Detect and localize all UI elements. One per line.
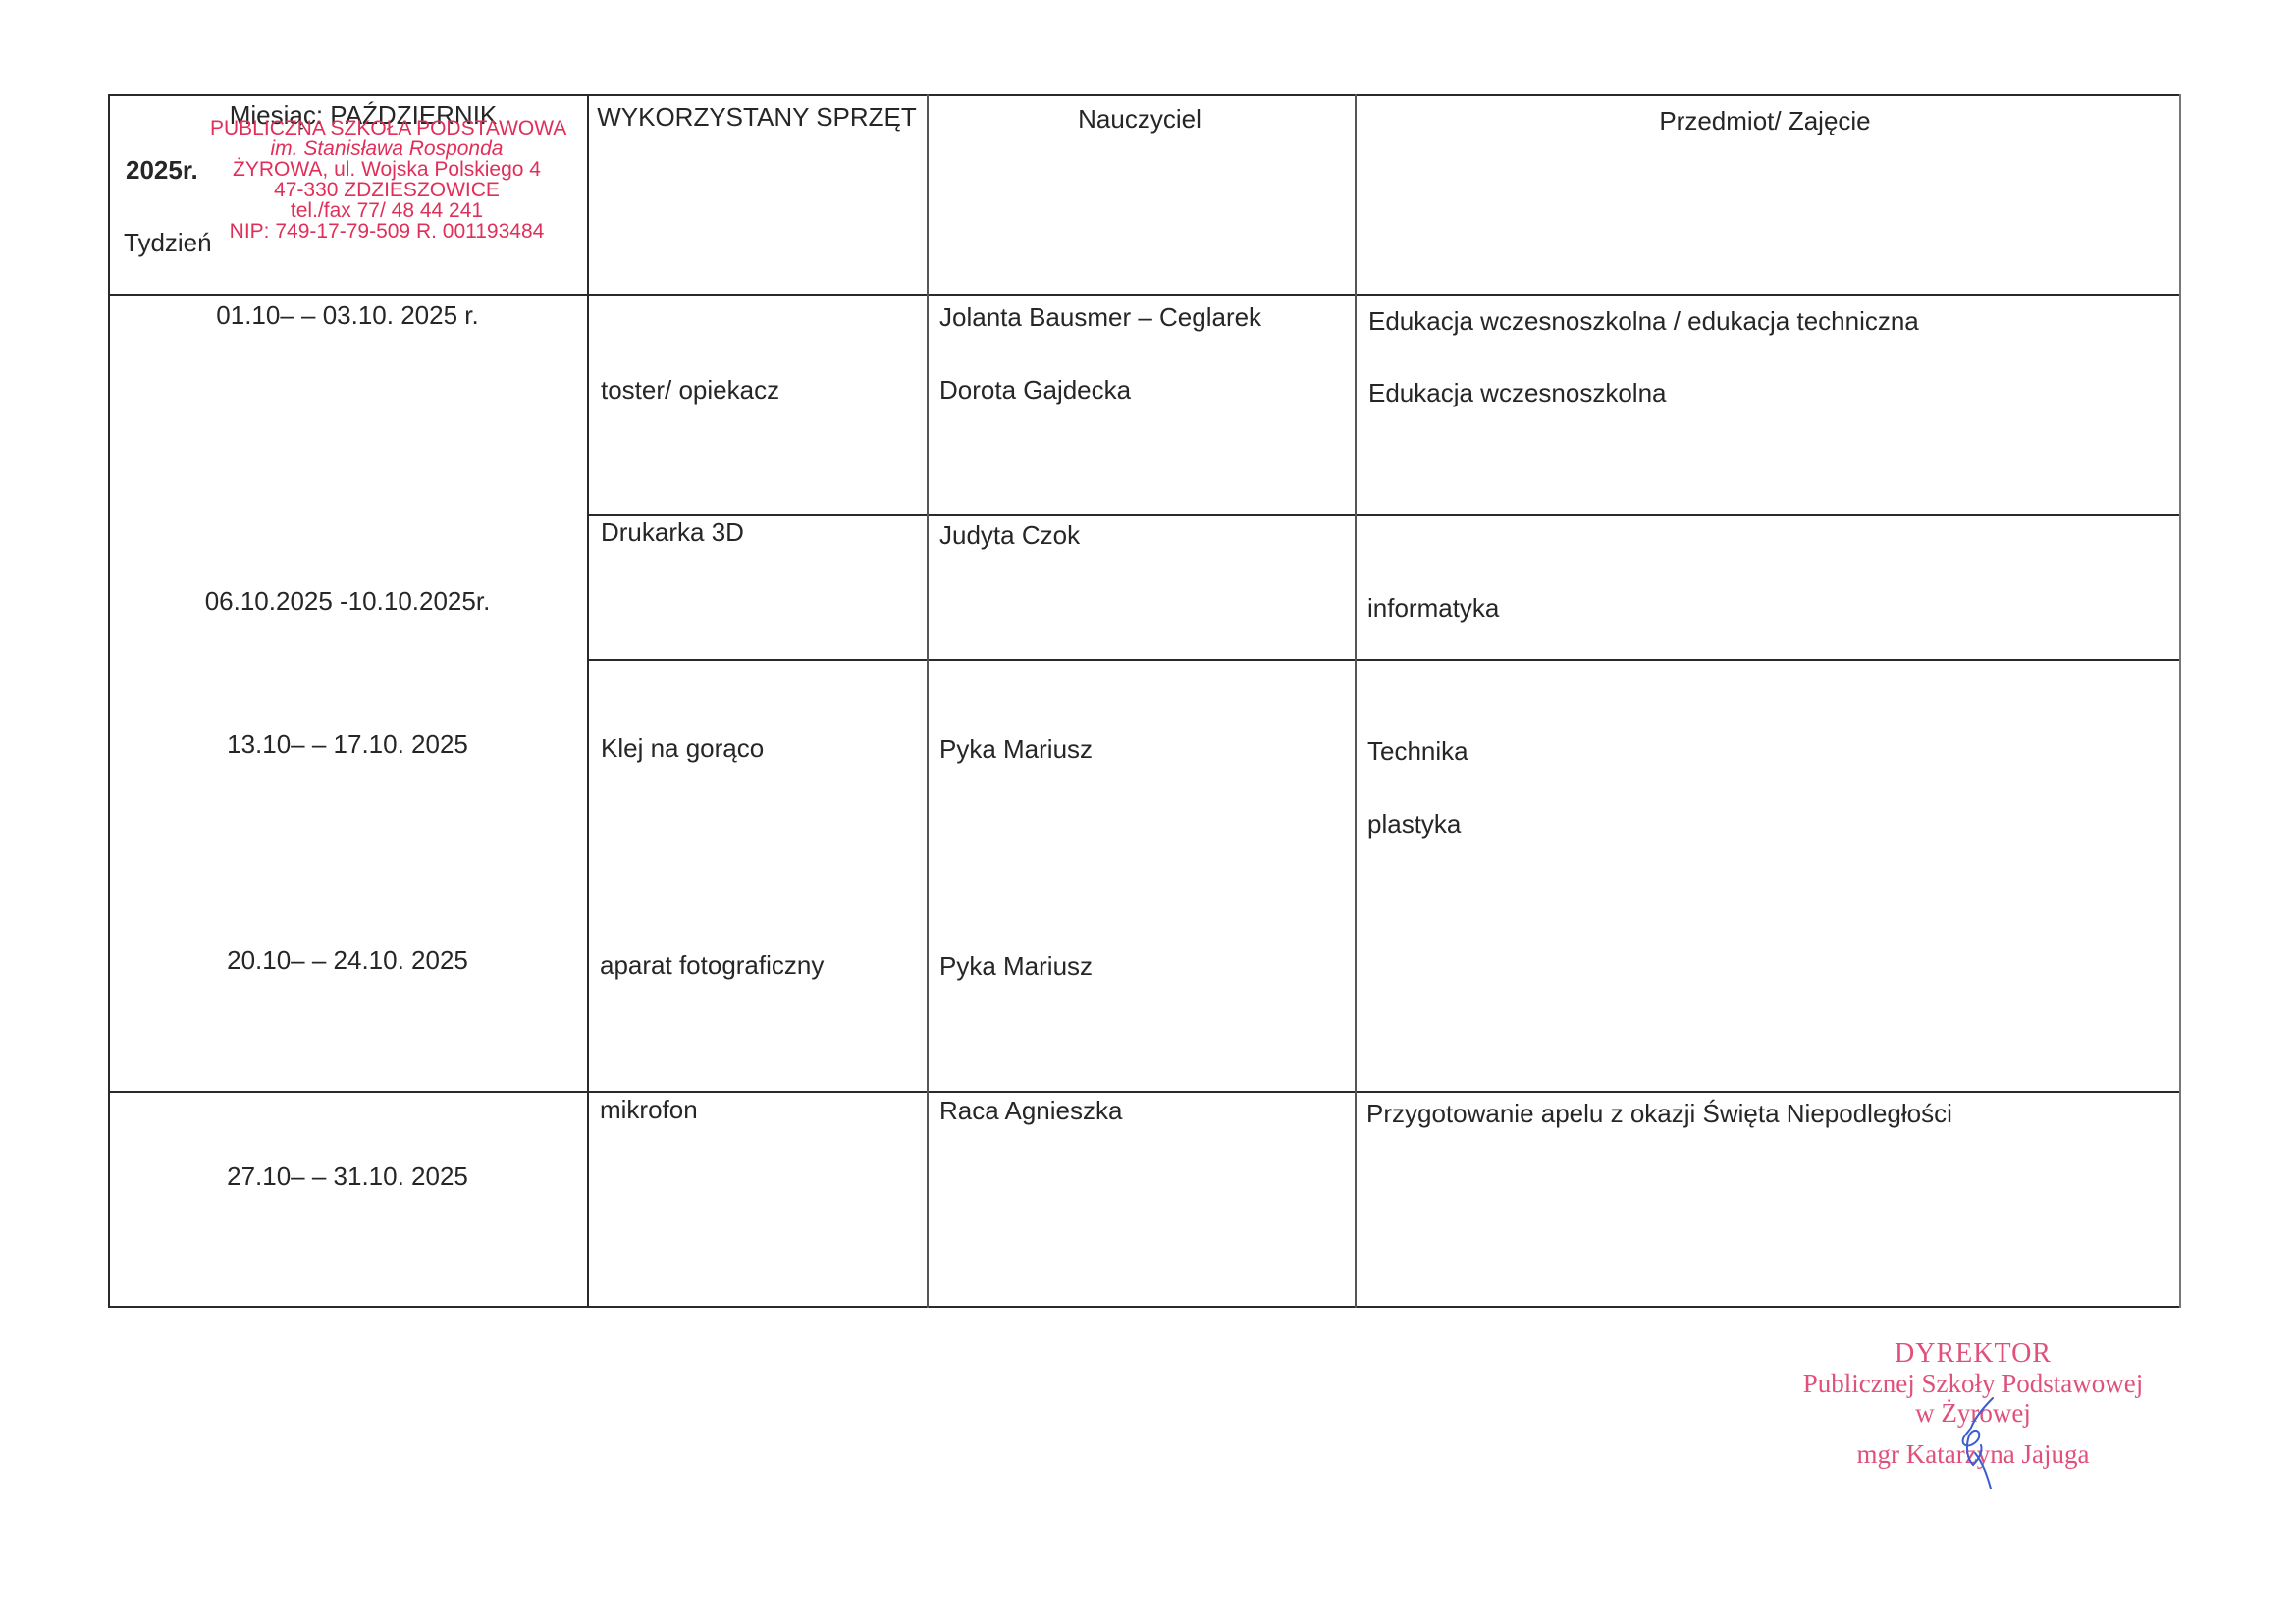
week-label: Tydzień bbox=[124, 228, 212, 257]
stamp-line: tel./fax 77/ 48 44 241 bbox=[210, 200, 563, 221]
teacher-cell: Pyka Mariusz bbox=[939, 951, 1093, 981]
subject-cell: Edukacja wczesnoszkolna / edukacja techn… bbox=[1368, 306, 1919, 336]
column-header-subject: Przedmiot/ Zajęcie bbox=[1659, 106, 1870, 135]
week-range: 13.10– – 17.10. 2025 bbox=[227, 730, 468, 759]
column-header-teacher: Nauczyciel bbox=[1078, 104, 1201, 134]
teacher-cell: Jolanta Bausmer – Ceglarek bbox=[939, 302, 1261, 332]
table-border-top bbox=[108, 94, 2181, 96]
stamp-line: NIP: 749-17-79-509 R. 001193484 bbox=[210, 221, 563, 242]
header-bottom-line bbox=[108, 294, 2181, 296]
subject-cell: Przygotowanie apelu z okazji Święta Niep… bbox=[1366, 1099, 1952, 1128]
subject-cell: plastyka bbox=[1367, 809, 1461, 839]
week-range: 20.10– – 24.10. 2025 bbox=[227, 946, 468, 975]
teacher-cell: Judyta Czok bbox=[939, 520, 1080, 550]
week-range: 01.10– – 03.10. 2025 r. bbox=[216, 300, 478, 330]
subject-cell: Technika bbox=[1367, 736, 1468, 766]
teacher-cell: Pyka Mariusz bbox=[939, 734, 1093, 764]
row-line-3 bbox=[108, 1091, 2181, 1093]
week-range: 27.10– – 31.10. 2025 bbox=[227, 1162, 468, 1191]
subject-cell: Edukacja wczesnoszkolna bbox=[1368, 378, 1667, 407]
week-range: 06.10.2025 -10.10.2025r. bbox=[205, 586, 491, 616]
col-line-2 bbox=[927, 94, 929, 1308]
director-title: DYREKTOR bbox=[1767, 1339, 2179, 1369]
stamp-line: im. Stanisława Rosponda bbox=[210, 138, 563, 159]
teacher-cell: Dorota Gajdecka bbox=[939, 375, 1131, 405]
equipment-cell: aparat fotograficzny bbox=[600, 950, 824, 980]
equipment-cell: mikrofon bbox=[600, 1095, 698, 1124]
row-line-2 bbox=[587, 659, 2181, 661]
stamp-line: PUBLICZNA SZKOŁA PODSTAWOWA bbox=[210, 118, 563, 138]
col-line-3 bbox=[1355, 94, 1357, 1308]
signature-scribble bbox=[1953, 1394, 2012, 1492]
table-border-left bbox=[108, 94, 110, 1308]
row-line-1 bbox=[587, 514, 2181, 516]
school-stamp: PUBLICZNA SZKOŁA PODSTAWOWA im. Stanisła… bbox=[210, 118, 563, 242]
equipment-cell: toster/ opiekacz bbox=[601, 375, 779, 405]
document-page: Miesiąc: PAŹDZIERNIK 2025r. Tydzień PUBL… bbox=[0, 0, 2296, 1624]
teacher-cell: Raca Agnieszka bbox=[939, 1096, 1122, 1125]
year-label: 2025r. bbox=[126, 155, 198, 185]
column-header-equipment: WYKORZYSTANY SPRZĘT bbox=[597, 102, 917, 132]
stamp-line: 47-330 ZDZIESZOWICE bbox=[210, 180, 563, 200]
equipment-cell: Drukarka 3D bbox=[601, 517, 744, 547]
equipment-cell: Klej na gorąco bbox=[601, 733, 764, 763]
table-border-bottom bbox=[108, 1306, 2181, 1308]
table-border-right bbox=[2179, 94, 2181, 1308]
col-line-1 bbox=[587, 94, 589, 1308]
stamp-line: ŻYROWA, ul. Wojska Polskiego 4 bbox=[210, 159, 563, 180]
subject-cell: informatyka bbox=[1367, 593, 1499, 623]
